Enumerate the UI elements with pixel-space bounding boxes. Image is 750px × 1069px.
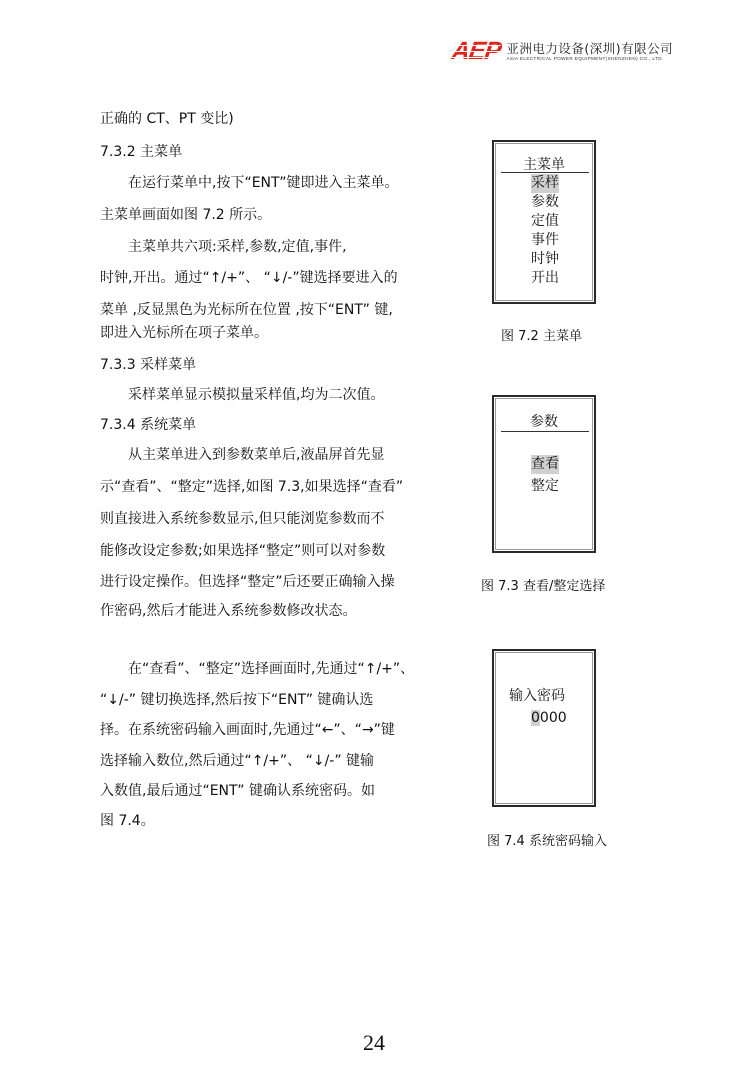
text-line: 择。在系统密码输入画面时,先通过“←”、“→”键 [100, 719, 395, 739]
logo-text: AEP [450, 37, 502, 65]
company-name-en: ASIA ELECTRICAL POWER EQUIPMENT(SHENZHEN… [506, 56, 673, 62]
text-line: 在运行菜单中,按下“ENT”键即进入主菜单。 [128, 172, 399, 192]
lcd-main-menu: 主菜单 采样 参数 定值 事件 时钟 开出 [492, 140, 596, 304]
text-line: 菜单 ,反显黑色为光标所在位置 ,按下“ENT” 键, [100, 299, 393, 319]
text-line: 时钟,开出。通过“↑/+”、 “↓/-”键选择要进入的 [100, 267, 398, 287]
password-digits: 000 [540, 710, 567, 726]
company-name: 亚洲电力设备(深圳)有限公司 ASIA ELECTRICAL POWER EQU… [506, 41, 673, 62]
section-heading-7-3-3: 7.3.3 采样菜单 [100, 354, 196, 374]
text-line: 作密码,然后才能进入系统参数修改状态。 [100, 600, 356, 620]
lcd-divider [501, 172, 589, 173]
option-set[interactable]: 整定 [531, 477, 559, 496]
text-line: 采样菜单显示模拟量采样值,均为二次值。 [128, 384, 384, 404]
figure-caption-7-4: 图 7.4 系统密码输入 [487, 830, 607, 849]
section-heading-7-3-2: 7.3.2 主菜单 [100, 141, 182, 161]
aep-logo: AEP [450, 40, 501, 62]
menu-item-events[interactable]: 事件 [531, 231, 559, 250]
text-line: 从主菜单进入到参数菜单后,液晶屏首先显 [128, 444, 384, 464]
company-header: AEP 亚洲电力设备(深圳)有限公司 ASIA ELECTRICAL POWER… [452, 40, 673, 62]
text-line: 在“查看”、“整定”选择画面时,先通过“↑/+”、 [128, 658, 414, 678]
page-number: 24 [363, 1030, 385, 1056]
text-line: 主菜单画面如图 7.2 所示。 [100, 204, 271, 224]
figure-caption-7-3: 图 7.3 查看/整定选择 [481, 575, 605, 594]
text-line: 则直接进入系统参数显示,但只能浏览参数而不 [100, 508, 384, 528]
menu-item-settings[interactable]: 定值 [531, 212, 559, 231]
lcd-params-menu: 参数 查看 整定 [492, 395, 596, 553]
lcd-title: 主菜单 [494, 154, 594, 174]
text-line: 入数值,最后通过“ENT” 键确认系统密码。如 [100, 780, 375, 800]
menu-item-clock[interactable]: 时钟 [531, 250, 559, 269]
text-line: 主菜单共六项:采样,参数,定值,事件, [128, 236, 347, 256]
password-label: 输入密码 [509, 687, 565, 706]
menu-item-output[interactable]: 开出 [531, 269, 559, 288]
text-line: “↓/-” 键切换选择,然后按下“ENT” 键确认选 [100, 689, 373, 709]
option-view[interactable]: 查看 [531, 455, 559, 474]
lcd-divider [501, 431, 589, 432]
text-line: 示“查看”、“整定”选择,如图 7.3,如果选择“查看” [100, 476, 403, 496]
password-cursor-digit[interactable]: 0 [531, 710, 540, 726]
lcd-password-entry: 输入密码 0000 [492, 649, 596, 807]
text-line: 选择输入数位,然后通过“↑/+”、 “↓/-” 键输 [100, 750, 374, 770]
text-line: 能修改设定参数;如果选择“整定”则可以对参数 [100, 540, 385, 560]
lcd-title: 参数 [494, 411, 594, 431]
text-line: 图 7.4。 [100, 810, 155, 830]
text-line: 正确的 CT、PT 变比) [100, 108, 234, 128]
figure-caption-7-2: 图 7.2 主菜单 [501, 325, 582, 344]
company-name-cn: 亚洲电力设备(深圳)有限公司 [506, 41, 673, 56]
text-line: 即进入光标所在项子菜单。 [100, 322, 268, 342]
menu-item-sampling[interactable]: 采样 [531, 174, 559, 193]
text-line: 进行设定操作。但选择“整定”后还要正确输入操 [100, 571, 395, 591]
menu-item-params[interactable]: 参数 [531, 193, 559, 212]
section-heading-7-3-4: 7.3.4 系统菜单 [100, 414, 196, 434]
password-field[interactable]: 0000 [531, 709, 567, 728]
